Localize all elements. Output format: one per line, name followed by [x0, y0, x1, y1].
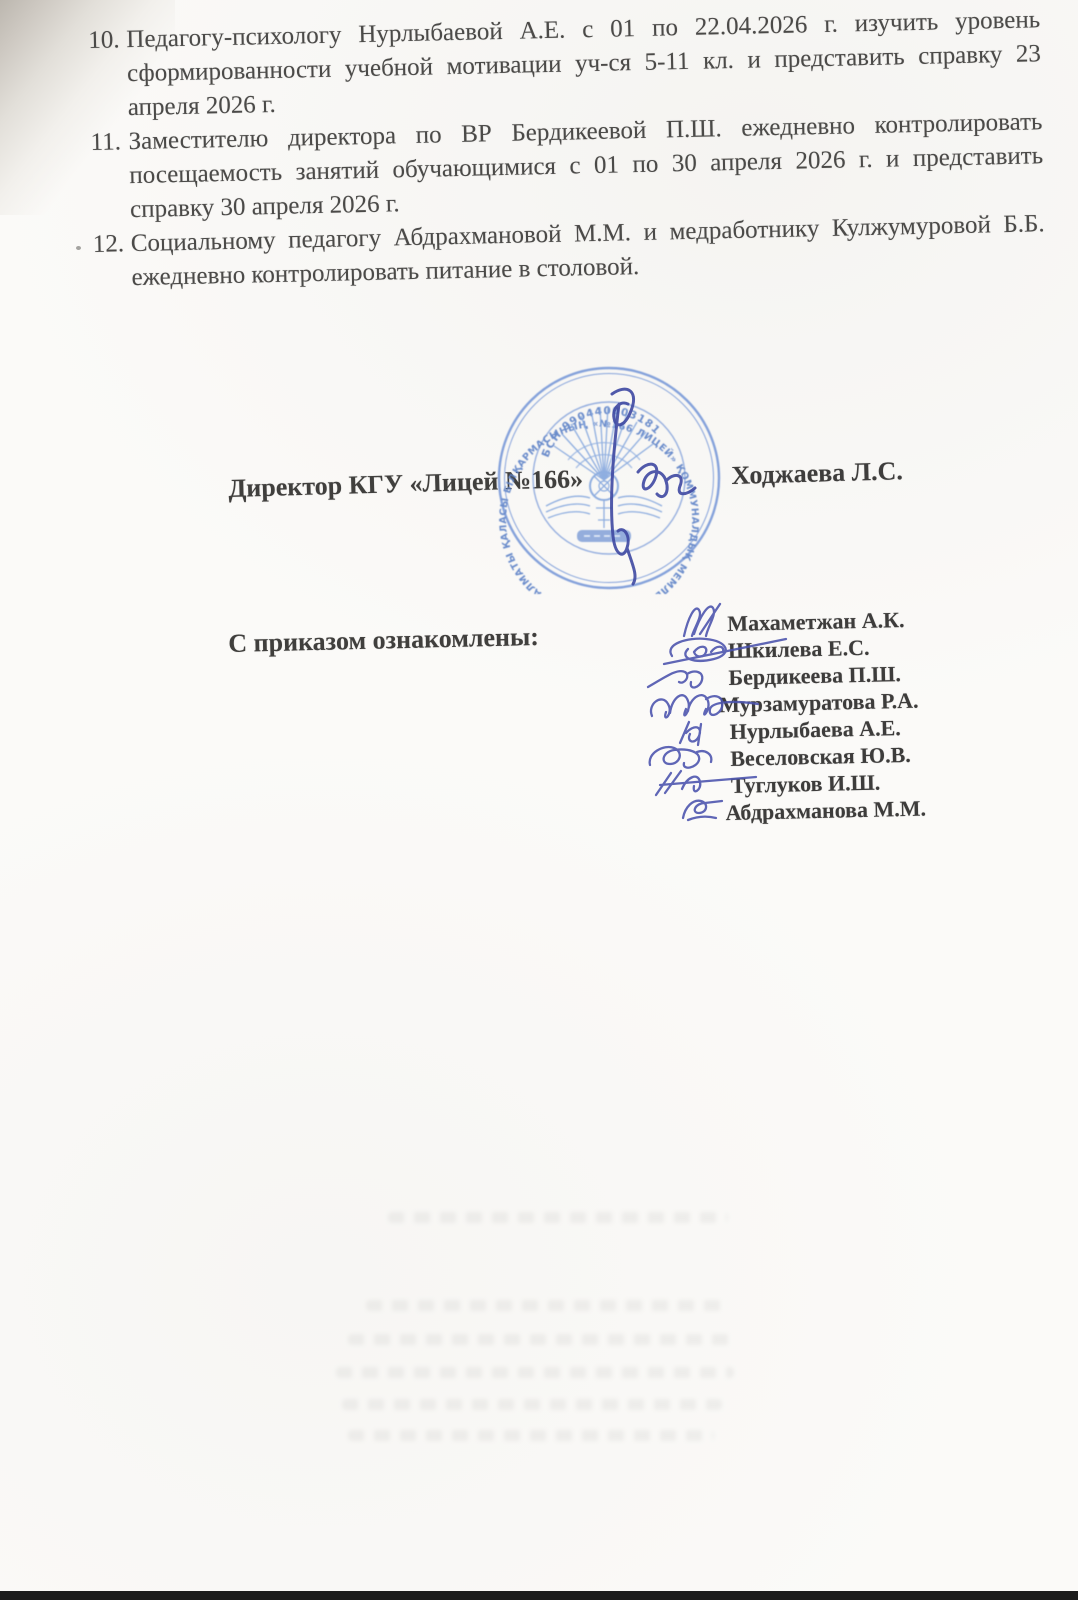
director-name: Ходжаева Л.С. — [731, 456, 903, 491]
item-number: 10. — [88, 23, 120, 58]
bleed-through-line — [336, 1367, 734, 1378]
order-items-list: 10. Педагогу-психологу Нурлыбаевой А.Е. … — [88, 3, 1046, 296]
scan-edge-bar — [0, 1591, 1078, 1600]
director-signature — [574, 376, 706, 590]
bleed-through-line — [366, 1300, 728, 1311]
scan-speck — [76, 246, 81, 250]
item-number: 11. — [90, 125, 121, 160]
acknowledgment-label: С приказом ознакомлены: — [228, 622, 539, 659]
item-number: 12. — [92, 227, 124, 262]
bleed-through-line — [388, 1212, 728, 1223]
item-text: Заместителю директора по ВР Бердикеевой … — [128, 108, 1043, 223]
bleed-through-line — [342, 1399, 722, 1410]
bleed-through-line — [348, 1334, 736, 1345]
bleed-through-line — [348, 1430, 714, 1441]
item-text: Педагогу-психологу Нурлыбаевой А.Е. с 01… — [126, 6, 1041, 121]
scanned-order-page: 10. Педагогу-психологу Нурлыбаевой А.Е. … — [0, 0, 1078, 1600]
staff-signatures — [636, 594, 866, 836]
